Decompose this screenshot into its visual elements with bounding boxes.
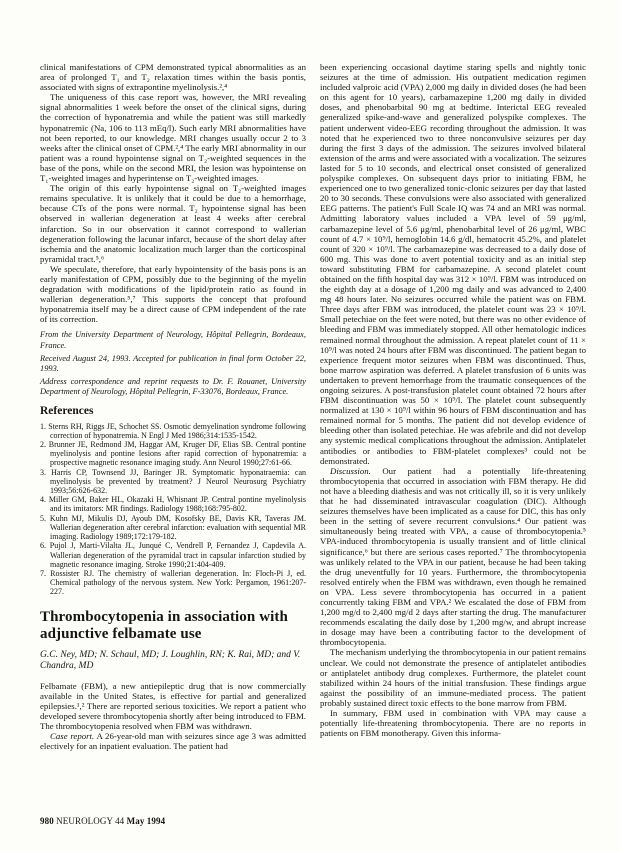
reference-item: 5. Kuhn MJ, Mikulis DJ, Ayoub DM, Kosofs… (40, 514, 306, 542)
left-column: clinical manifestations of CPM demonstra… (40, 62, 306, 751)
reference-item: 4. Miller GM, Baker HL, Okazaki H, Whisn… (40, 495, 306, 513)
cpm-paragraph: We speculate, therefore, that early hypo… (40, 264, 306, 325)
received-note: Received August 24, 1993. Accepted for p… (40, 354, 306, 374)
right-column: been experiencing occasional daytime sta… (320, 62, 586, 751)
article-front-matter: From the University Department of Neurol… (40, 330, 306, 397)
felbamate-intro-paragraph: Felbamate (FBM), a new antiepileptic dru… (40, 681, 306, 731)
cpm-paragraph: The uniqueness of this case report was, … (40, 92, 306, 183)
case-report-lead: Case report. (50, 731, 94, 741)
footer-journal-name: NEUROLOGY 44 (56, 816, 124, 826)
reference-item: 1. Sterns RH, Riggs JE, Schochet SS. Osm… (40, 422, 306, 440)
correspondence-note: Address correspondence and reprint reque… (40, 377, 306, 397)
case-report-paragraph: Case report. A 26-year-old man with seiz… (40, 731, 306, 751)
journal-page: clinical manifestations of CPM demonstra… (0, 0, 620, 751)
cpm-paragraph: The origin of this early hypointense sig… (40, 183, 306, 264)
article-authors: G.C. Ney, MD; N. Schaul, MD; J. Loughlin… (40, 650, 306, 673)
discussion-lead: Discussion. (330, 466, 371, 476)
reference-item: 3. Harris CP, Townsend JJ, Baringer JR. … (40, 468, 306, 496)
article-title: Thrombocytopenia in association with adj… (40, 609, 306, 644)
page-footer: 980 NEUROLOGY 44 May 1994 (40, 816, 165, 826)
references-heading: References (40, 405, 306, 418)
case-report-continued-paragraph: been experiencing occasional daytime sta… (320, 62, 586, 466)
cpm-paragraph: clinical manifestations of CPM demonstra… (40, 62, 306, 92)
reference-item: 6. Pujol J, Marti-Vilalta JL, Junqué C, … (40, 541, 306, 569)
references-list: 1. Sterns RH, Riggs JE, Schochet SS. Osm… (40, 422, 306, 597)
footer-issue-date: May 1994 (127, 816, 166, 826)
mechanism-paragraph: The mechanism underlying the thrombocyto… (320, 647, 586, 708)
discussion-text: Our patient had a potentially life-threa… (320, 466, 586, 648)
footer-page-number: 980 (40, 816, 54, 826)
summary-paragraph: In summary, FBM used in combination with… (320, 708, 586, 738)
reference-item: 2. Brunner JE, Redmond JM, Haggar AM, Kr… (40, 440, 306, 468)
discussion-paragraph: Discussion. Our patient had a potentiall… (320, 466, 586, 648)
affiliation-note: From the University Department of Neurol… (40, 330, 306, 350)
reference-item: 7. Rossister RJ. The chemistry of waller… (40, 569, 306, 597)
